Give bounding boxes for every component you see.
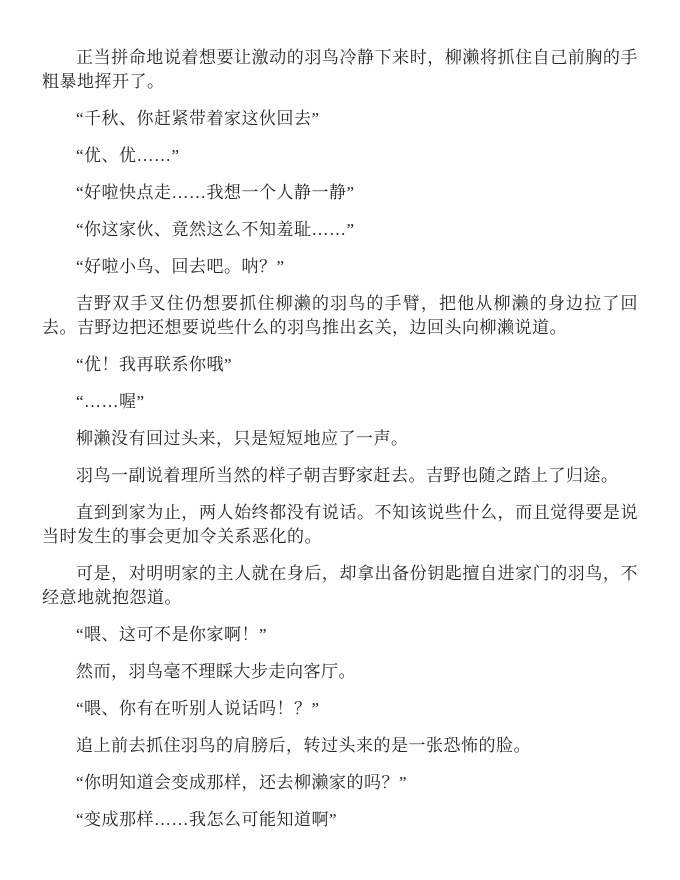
paragraph-dialogue: “好啦快点走……我想一个人静一静” [42,181,638,205]
paragraph-narration: 羽鸟一副说着理所当然的样子朝吉野家赶去。吉野也随之踏上了归途。 [42,464,638,488]
paragraph-dialogue: “变成那样……我怎么可能知道啊” [42,808,638,832]
paragraph-narration: 追上前去抓住羽鸟的肩膀后，转过头来的是一张恐怖的脸。 [42,734,638,758]
paragraph-narration: 柳濑没有回过头来，只是短短地应了一声。 [42,427,638,451]
document-page: 正当拼命地说着想要让激动的羽鸟冷静下来时，柳濑将抓住自己前胸的手粗暴地挥开了。 … [0,0,680,880]
paragraph-narration: 可是，对明明家的主人就在身后，却拿出备份钥匙擅自进家门的羽鸟，不经意地就抱怨道。 [42,562,638,610]
paragraph-narration: 吉野双手叉住仍想要抓住柳濑的羽鸟的手臂，把他从柳濑的身边拉了回去。吉野边把还想要… [42,292,638,340]
paragraph-dialogue: “千秋、你赶紧带着家这伙回去” [42,107,638,131]
paragraph-dialogue: “优、优……” [42,144,638,168]
paragraph-narration: 然而，羽鸟毫不理睬大步走向客厅。 [42,660,638,684]
paragraph-dialogue: “喂、你有在听别人说话吗！？” [42,697,638,721]
paragraph-dialogue: “优！我再联系你哦” [42,353,638,377]
paragraph-dialogue: “你这家伙、竟然这么不知羞耻……” [42,218,638,242]
paragraph-dialogue: “好啦小鸟、回去吧。呐？” [42,255,638,279]
paragraph-narration: 正当拼命地说着想要让激动的羽鸟冷静下来时，柳濑将抓住自己前胸的手粗暴地挥开了。 [42,46,638,94]
paragraph-dialogue: “……喔” [42,390,638,414]
paragraph-narration: 直到到家为止，两人始终都没有说话。不知该说些什么，而且觉得要是说当时发生的事会更… [42,501,638,549]
paragraph-dialogue: “你明知道会变成那样，还去柳濑家的吗？” [42,771,638,795]
paragraph-dialogue: “喂、这可不是你家啊！” [42,623,638,647]
